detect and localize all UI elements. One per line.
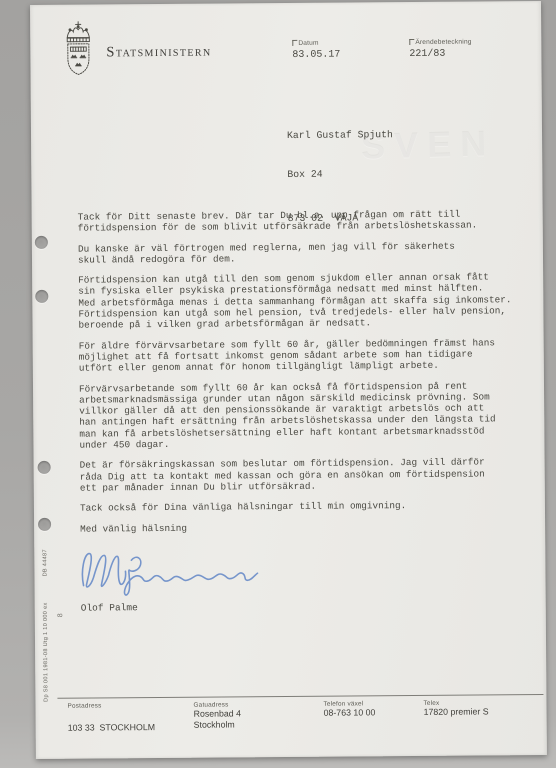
body-paragraph: För äldre förvärvsarbetare som fyllt 60 … [79,337,545,375]
corner-mark-icon [292,40,297,46]
print-code: Dp S8 001 1981-08 Utg 1 10 000 ex [43,602,50,702]
body-paragraph: Förvärvsarbetande som fyllt 60 år kan oc… [79,380,546,451]
photo-background: SVEN [0,0,556,768]
signature-name: Olof Palme [81,602,138,613]
date-field: Datum 83.05.17 [292,40,340,61]
footer-col-telefon: Telefon växel 08-763 10 00 [323,700,375,718]
body-paragraph: Det är försäkringskassan som beslutar om… [80,456,546,494]
order-code: DB 44487 [42,549,48,576]
body-paragraph: Du kanske är väl förtrogen med reglerna,… [78,240,544,266]
sender-title: Statsministern [106,44,211,62]
body-paragraph: Tack för Ditt senaste brev. Där tar Du b… [78,208,544,234]
hole-punch [35,236,48,249]
footer-col-gatuadress: Gatuadress Rosenbad 4 Stockholm [193,701,241,730]
recipient-name: Karl Gustaf Spjuth [287,128,393,142]
body-paragraph: Förtidspension kan utgå till den som gen… [78,271,544,331]
footer-col-telex: Telex 17820 premier S [423,699,488,718]
hole-punch [38,461,51,474]
footer-value: Rosenbad 4 Stockholm [194,708,242,730]
body-paragraph: Tack också för Dina vänliga hälsningar t… [80,499,546,514]
case-ref-value: 221/83 [409,49,471,60]
letter-paper: SVEN [30,1,547,759]
corner-mark-icon [409,39,414,45]
letter-body: Tack för Ditt senaste brev. Där tar Du b… [78,208,547,543]
signature-ink [76,539,272,608]
footer-value: 17820 premier S [424,706,489,718]
hole-punch [35,290,48,303]
edge-print-code: Dp S8 001 1981-08 Utg 1 10 000 exDB 4448… [43,693,51,711]
recipient-box: Box 24 [287,167,393,181]
footer-col-postadress: Postadress 103 33 STOCKHOLM [67,702,155,734]
date-value: 83.05.17 [292,50,340,61]
footer-value: 08-763 10 00 [324,707,376,718]
footer-label: Postadress [67,702,154,710]
date-label: Datum [292,40,340,47]
footer-rule [57,694,543,699]
edge-mark: 8 [57,613,64,617]
hole-punch [38,518,51,531]
footer-value: 103 33 STOCKHOLM [68,722,155,734]
case-ref-label: Ärendebeteckning [409,39,471,46]
royal-crest-icon [58,20,98,81]
closing-salutation: Med vänlig hälsning [80,519,546,534]
case-ref-field: Ärendebeteckning 221/83 [409,39,472,60]
